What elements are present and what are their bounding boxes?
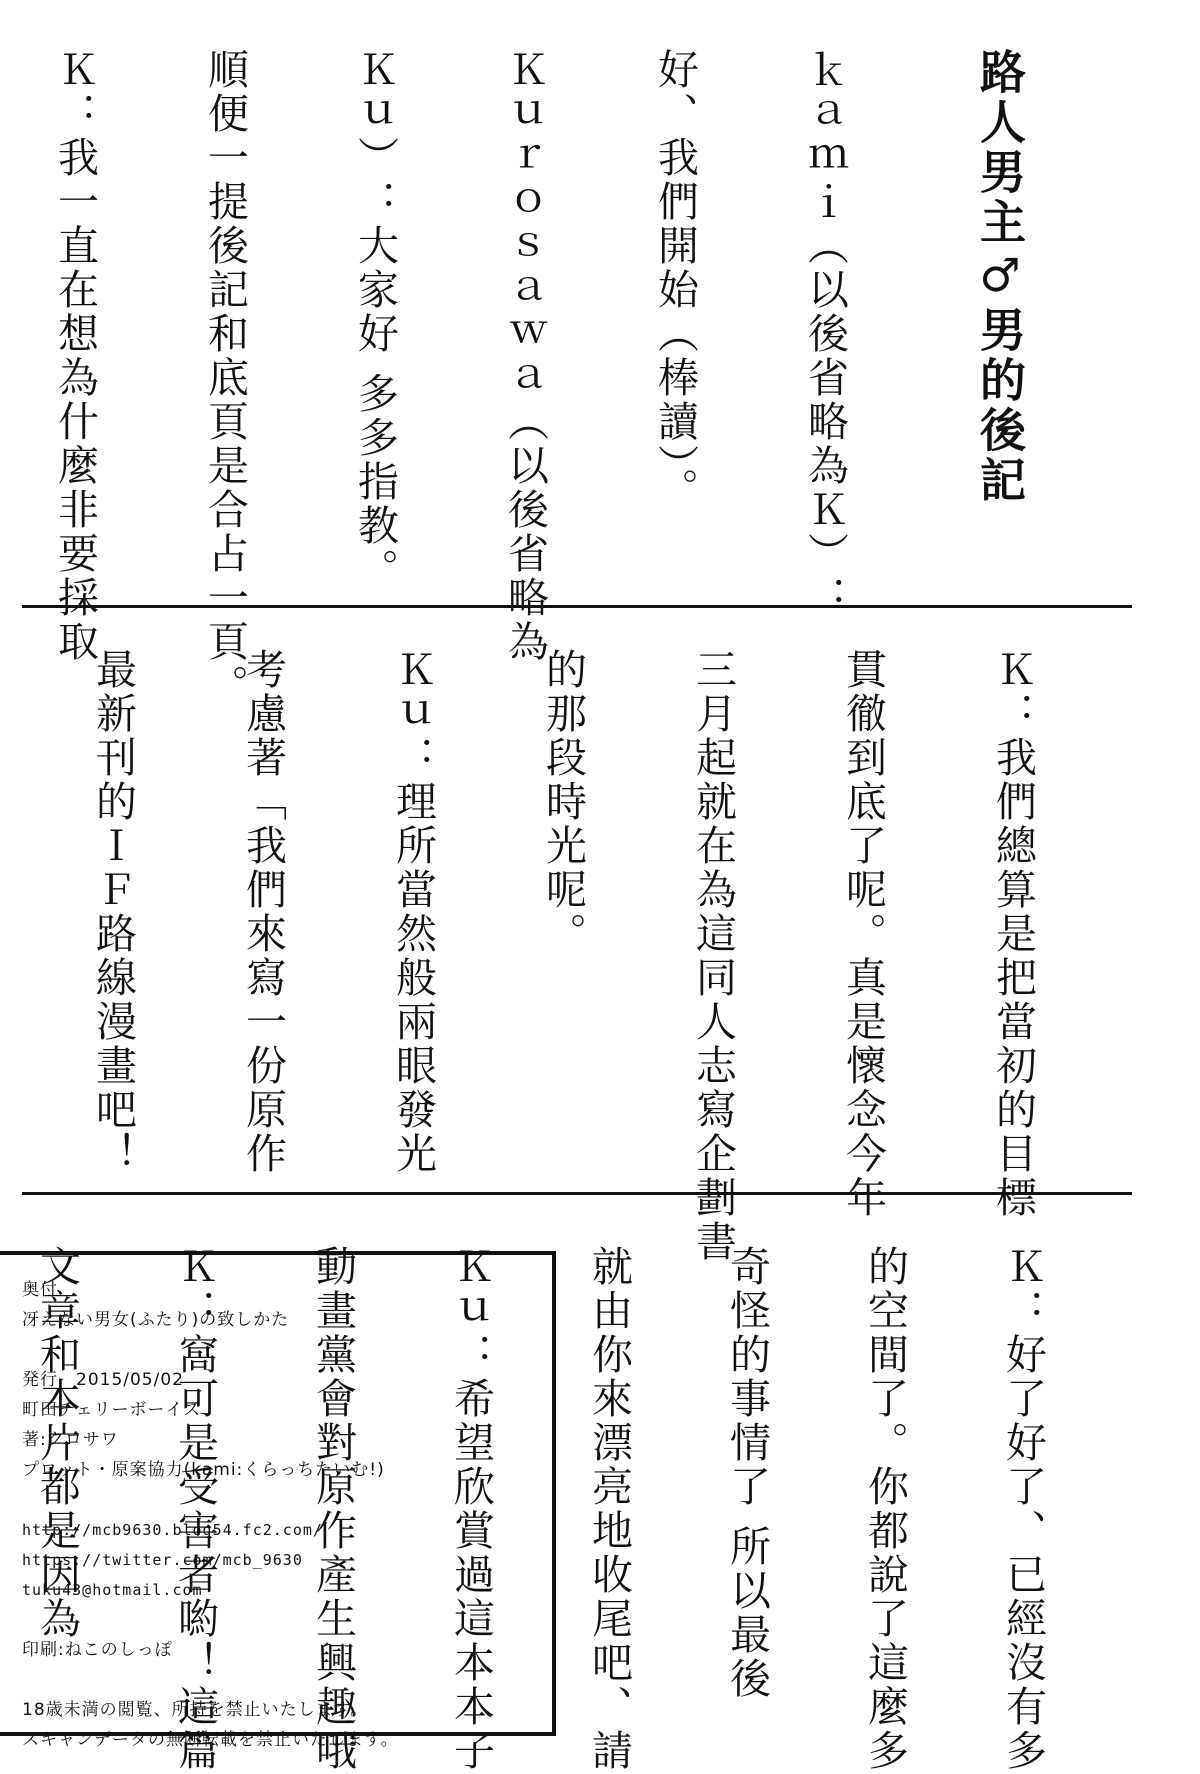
text-column: 三月起就在為這同人志寫企劃書 [688, 648, 738, 1188]
text-column: Ｋｕ）：大家好 多多指教。 [350, 48, 400, 608]
text-column: 文章和本片都是因為 [34, 1245, 80, 1765]
text-column: 好、我們開始（棒讀）。 [650, 48, 700, 608]
text-column: 奇怪的事情了 所以最後 [724, 1245, 770, 1765]
section-divider [22, 605, 1132, 608]
text-column: 順便一提後記和底頁是合占一頁。 [200, 48, 250, 608]
text-column: Ｋ：窩可是受害者喲！這篇 [172, 1245, 218, 1765]
text-column: 考慮著「我們來寫一份原作 [238, 648, 288, 1188]
text-column: 貫徹到底了呢。真是懷念今年 [838, 648, 888, 1188]
afterword-bottom-right-section: Ｋ：好了好了、已經沒有多餘 的空間了。你都說了這麼多 奇怪的事情了 所以最後 就… [0, 1245, 1138, 1765]
text-column: Ｋｕ：希望欣賞過這本本子的 [448, 1245, 494, 1765]
afterword-title: 路人男主♂男的後記 [962, 48, 1038, 608]
section-divider [22, 1192, 1132, 1195]
afterword-middle-section: Ｋ：我們總算是把當初的目標 貫徹到底了呢。真是懷念今年 三月起就在為這同人志寫企… [0, 648, 1138, 1188]
text-column: 就由你來漂亮地收尾吧、請。 [586, 1245, 632, 1765]
text-column: Ｋｕｒｏｓａｗａ（以後省略為 [500, 48, 550, 608]
text-column: 動畫黨會對原作產生興趣哦！ [310, 1245, 356, 1765]
text-column: Ｋ：我一直在想為什麼非要採取 [50, 48, 100, 608]
text-column: 的那段時光呢。 [538, 648, 588, 1188]
text-column: 的空間了。你都說了這麼多 [862, 1245, 908, 1765]
text-column: ｋａｍｉ（以後省略為Ｋ）： [800, 48, 850, 608]
afterword-top-section: 路人男主♂男的後記 ｋａｍｉ（以後省略為Ｋ）： 好、我們開始（棒讀）。 Ｋｕｒｏ… [0, 48, 1138, 608]
text-column: Ｋ：我們總算是把當初的目標 [988, 648, 1038, 1188]
text-column: 最新刊的ＩＦ路線漫畫吧！ [88, 648, 138, 1188]
text-column: Ｋ：好了好了、已經沒有多餘 [1000, 1245, 1046, 1765]
text-column: Ｋｕ：理所當然般兩眼發光 [388, 648, 438, 1188]
